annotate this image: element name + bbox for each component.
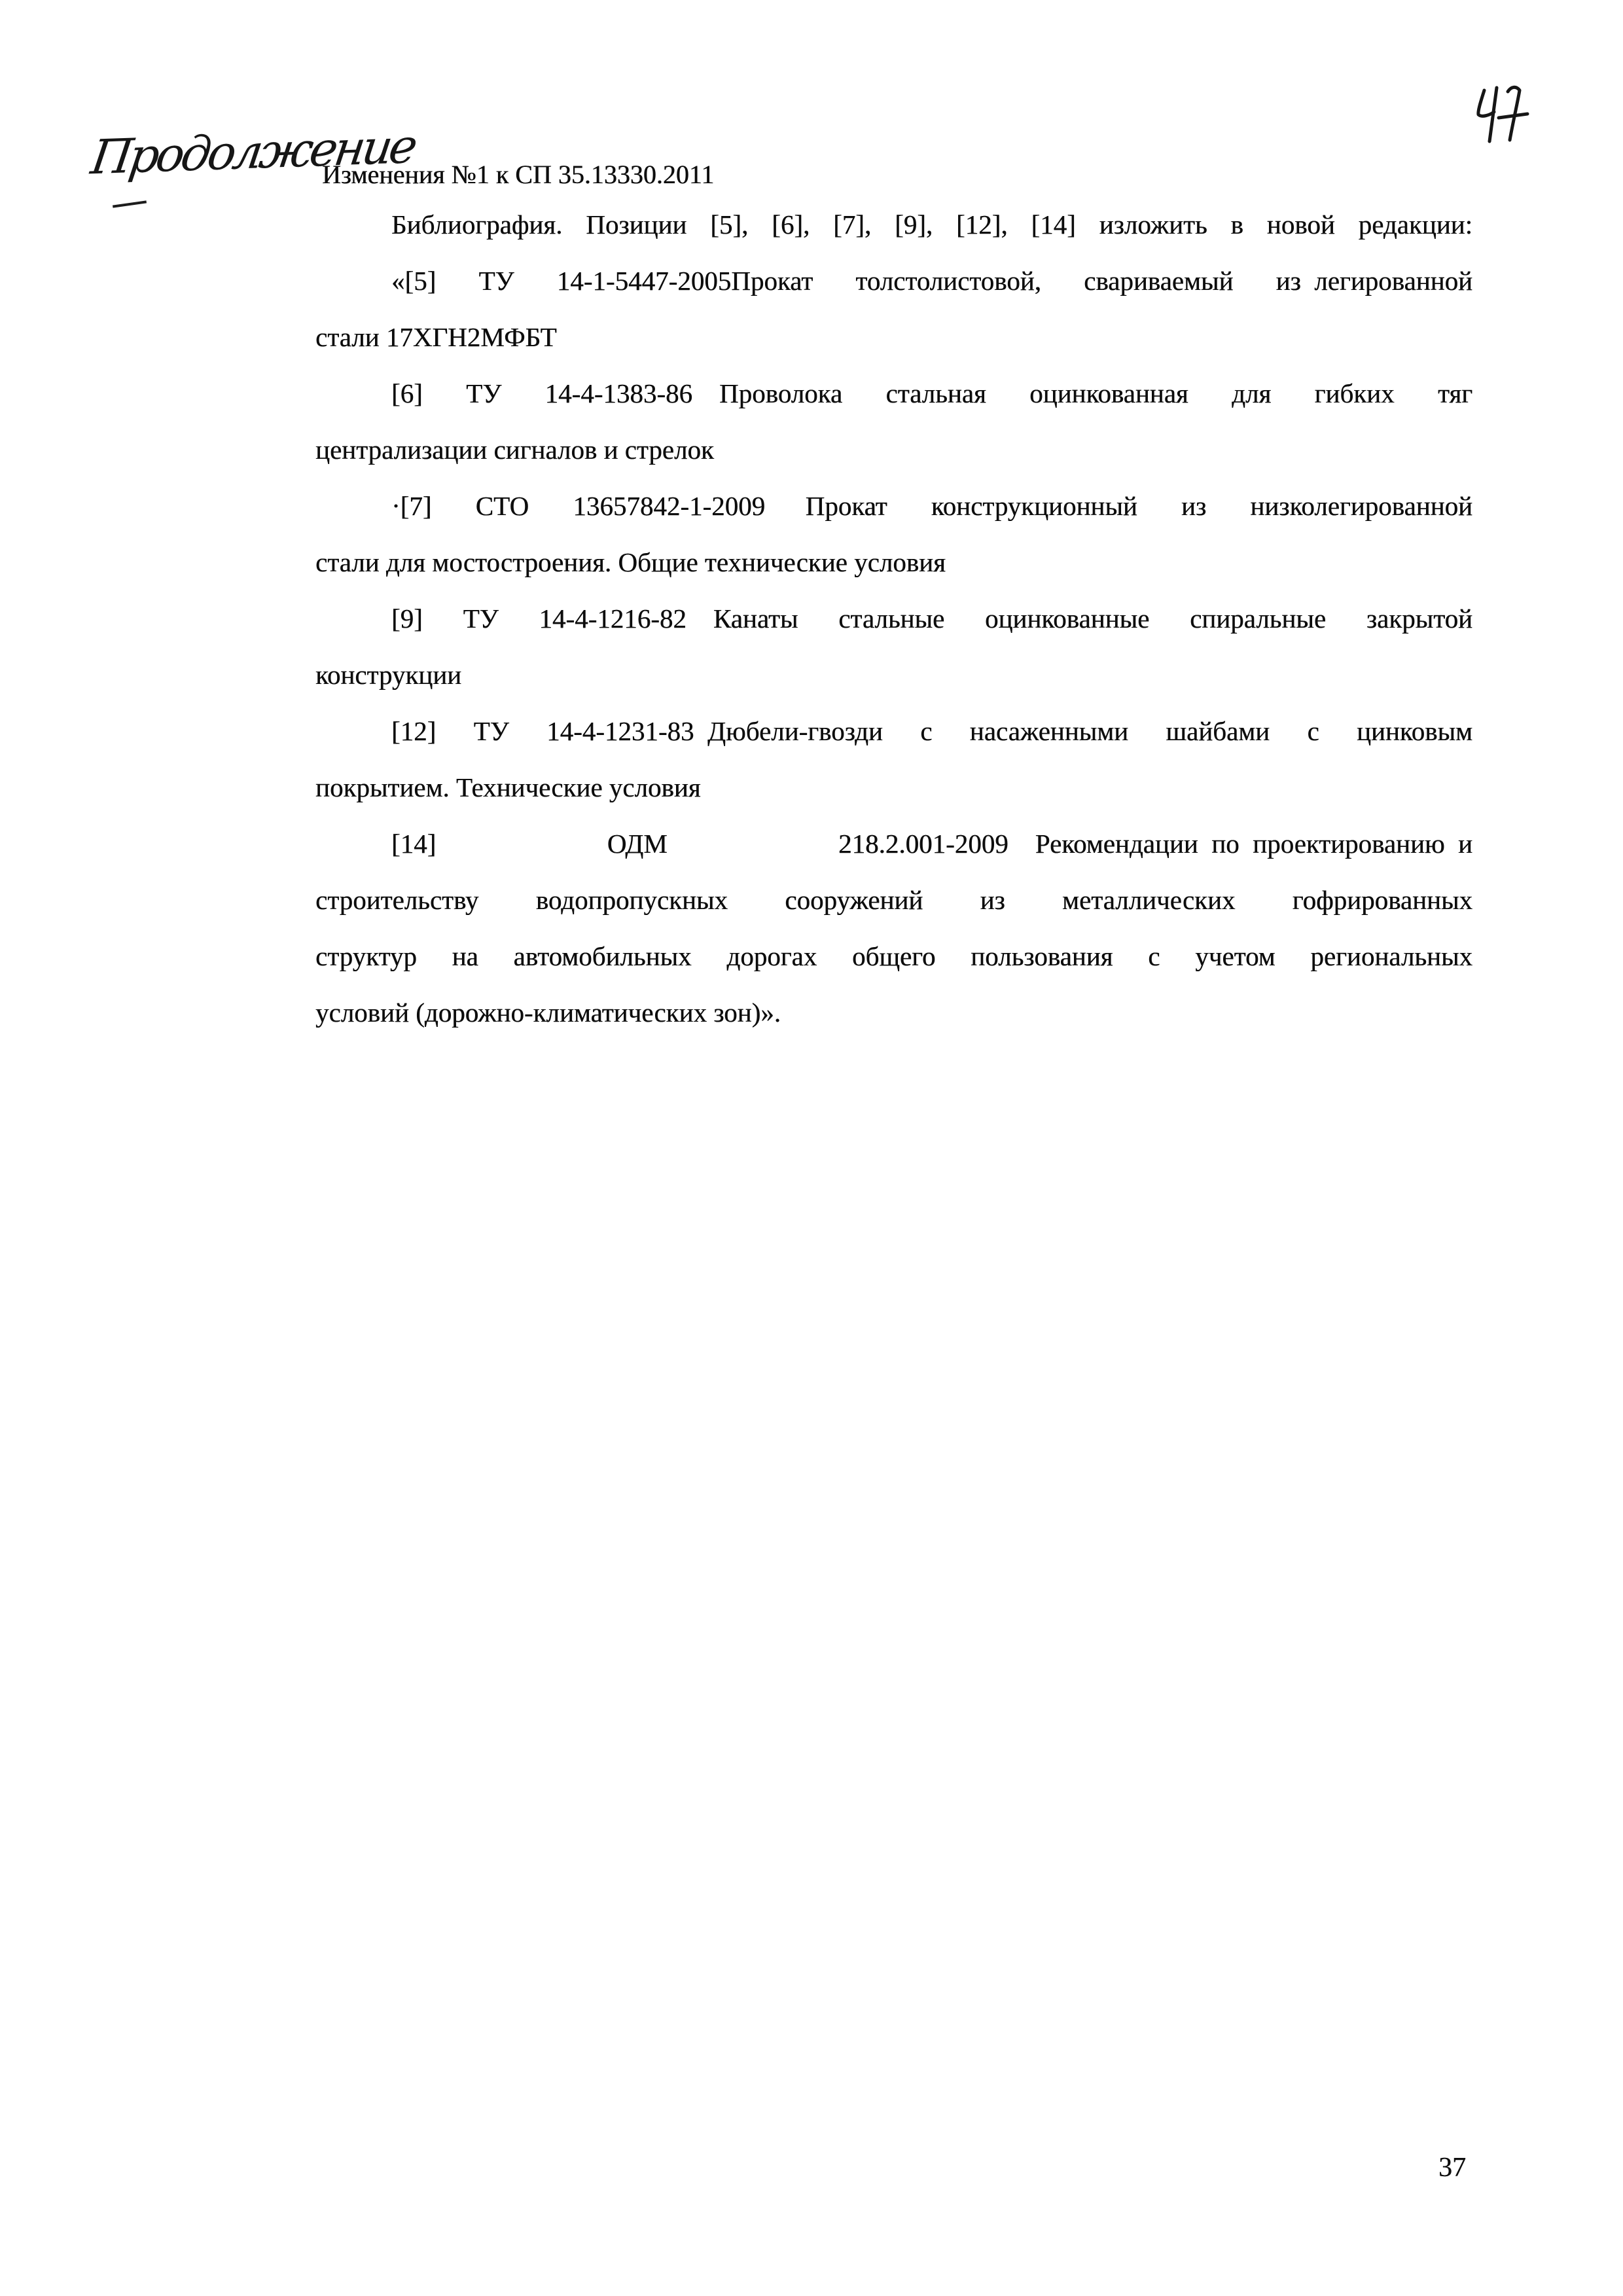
handwriting-flourish — [113, 200, 147, 207]
body-line: [12] ТУ 14-4-1231-83 Дюбели-гвозди с нас… — [315, 703, 1472, 759]
body-line: ·[7] СТО 13657842-1-2009 Прокат конструк… — [315, 478, 1472, 534]
scanned-document-page: Продолжение Изменения №1 к СП 35.13330.2… — [0, 0, 1623, 2296]
body-line: [9] ТУ 14-4-1216-82 Канаты стальные оцин… — [315, 590, 1472, 647]
body-line: [14] ОДМ 218.2.001-2009 Рекомендации по … — [315, 816, 1472, 872]
body-line: Библиография. Позиции [5], [6], [7], [9]… — [315, 196, 1472, 253]
body-line: стали 17ХГН2МФБТ — [315, 309, 1472, 365]
body-line: [6] ТУ 14-4-1383-86 Проволока стальная о… — [315, 365, 1472, 422]
body-line: покрытием. Технические условия — [315, 759, 1472, 816]
body-line: строительству водопропускных сооружений … — [315, 872, 1472, 928]
body-line: стали для мостостроения. Общие техническ… — [315, 534, 1472, 590]
body-line: конструкции — [315, 647, 1472, 703]
handwritten-page-number-ink — [1465, 80, 1543, 152]
body-line: «[5] ТУ 14-1-5447-2005Прокат толстолисто… — [315, 253, 1472, 309]
document-header-title: Изменения №1 к СП 35.13330.2011 — [322, 160, 714, 190]
page-number: 37 — [1438, 2152, 1466, 2183]
document-body: Библиография. Позиции [5], [6], [7], [9]… — [315, 196, 1472, 1041]
body-line: структур на автомобильных дорогах общего… — [315, 928, 1472, 984]
body-line: централизации сигналов и стрелок — [315, 422, 1472, 478]
body-line: условий (дорожно-климатических зон)». — [315, 984, 1472, 1041]
